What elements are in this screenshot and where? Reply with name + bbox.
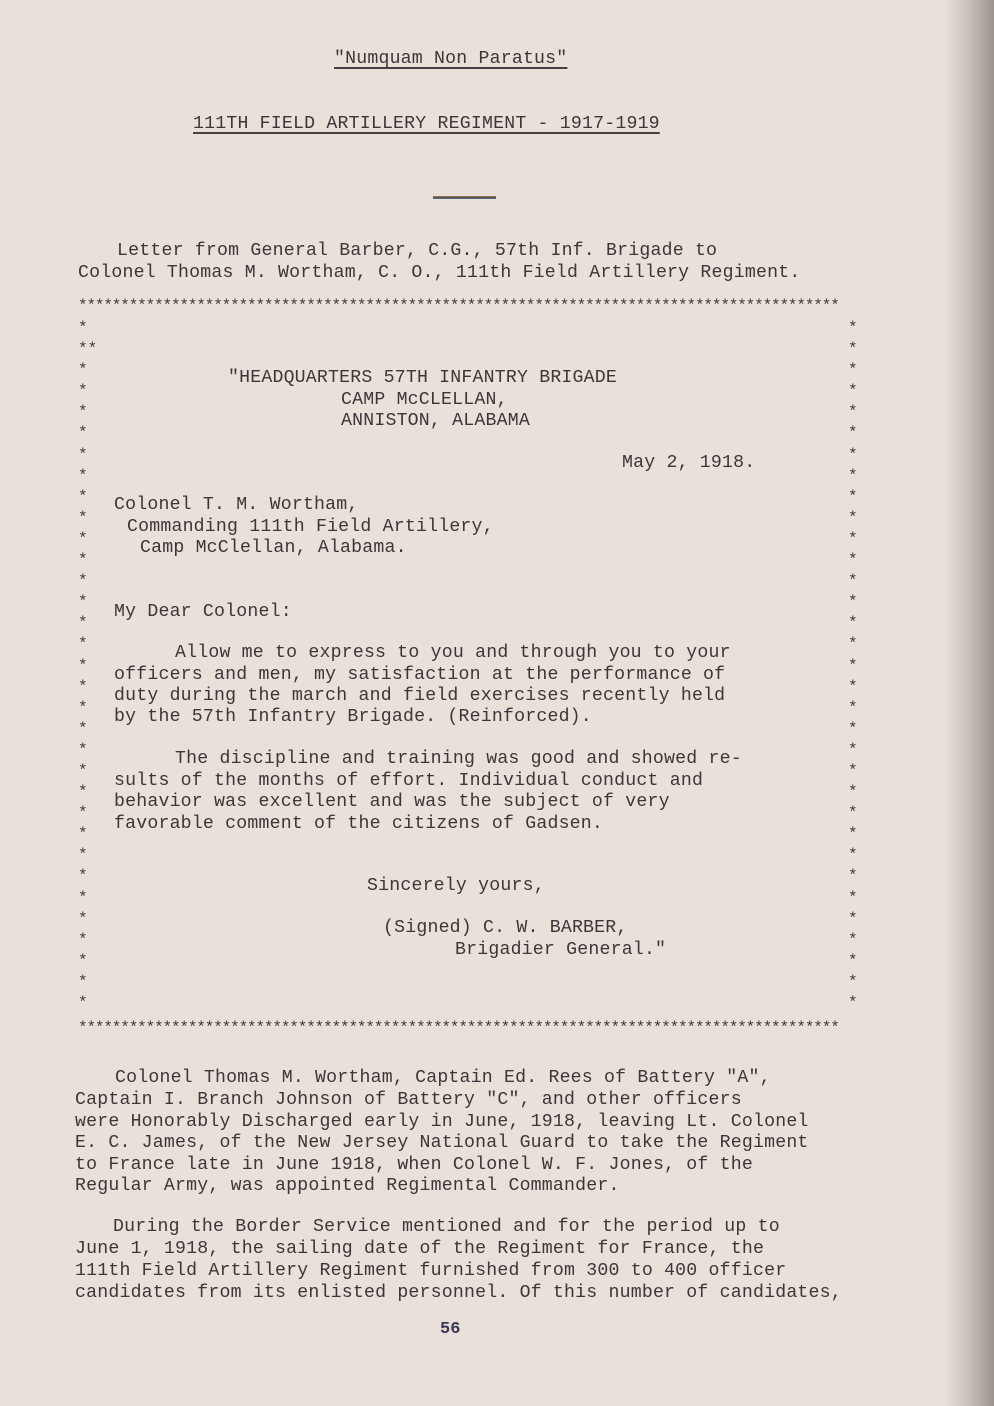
letter-p2-line-1: The discipline and training was good and… — [175, 748, 742, 770]
page-title: 111TH FIELD ARTILLERY REGIMENT - 1917-19… — [193, 113, 660, 135]
letterhead-line-3: ANNISTON, ALABAMA — [341, 410, 530, 432]
body-p1-line-5: to France late in June 1918, when Colone… — [75, 1154, 753, 1176]
intro-line-1: Letter from General Barber, C.G., 57th I… — [117, 240, 717, 262]
body-p2-line-3: 111th Field Artillery Regiment furnished… — [75, 1260, 786, 1282]
body-p1-line-2: Captain I. Branch Johnson of Battery "C"… — [75, 1089, 742, 1111]
border-right: * * * * * * * * * * * * * * * * * * * * … — [848, 318, 858, 1014]
body-p2-line-1: During the Border Service mentioned and … — [113, 1216, 780, 1238]
border-bottom: ****************************************… — [78, 1020, 862, 1036]
signature: (Signed) C. W. BARBER, — [383, 917, 628, 939]
letter-p1-line-1: Allow me to express to you and through y… — [175, 642, 731, 664]
body-p1-line-4: E. C. James, of the New Jersey National … — [75, 1132, 809, 1154]
letter-p2-line-3: behavior was excellent and was the subje… — [114, 791, 670, 813]
salutation: My Dear Colonel: — [114, 601, 292, 623]
letter-p1-line-2: officers and men, my satisfaction at the… — [114, 664, 725, 686]
letter-p2-line-2: sults of the months of effort. Individua… — [114, 770, 703, 792]
intro-line-2: Colonel Thomas M. Wortham, C. O., 111th … — [78, 262, 800, 284]
border-top: ****************************************… — [78, 298, 862, 314]
recipient-line-2: Commanding 111th Field Artillery, — [127, 516, 494, 538]
body-p2-line-4: candidates from its enlisted personnel. … — [75, 1282, 842, 1304]
body-p1-line-1: Colonel Thomas M. Wortham, Captain Ed. R… — [115, 1067, 771, 1089]
letter-p1-line-4: by the 57th Infantry Brigade. (Reinforce… — [114, 706, 592, 728]
body-p1-line-6: Regular Army, was appointed Regimental C… — [75, 1175, 620, 1197]
border-left: * ** * * * * * * * * * * * * * * * * * *… — [78, 318, 97, 1014]
letter-date: May 2, 1918. — [622, 452, 755, 474]
recipient-line-1: Colonel T. M. Wortham, — [114, 494, 359, 516]
closing: Sincerely yours, — [367, 875, 545, 897]
recipient-line-3: Camp McClellan, Alabama. — [140, 537, 407, 559]
page-edge-shadow — [944, 0, 994, 1406]
divider-rule — [433, 196, 496, 199]
motto: "Numquam Non Paratus" — [334, 48, 567, 70]
body-p2-line-2: June 1, 1918, the sailing date of the Re… — [75, 1238, 764, 1260]
body-p1-line-3: were Honorably Discharged early in June,… — [75, 1111, 809, 1133]
page-number: 56 — [440, 1320, 460, 1339]
signature-title: Brigadier General." — [455, 939, 666, 961]
letterhead-line-2: CAMP McCLELLAN, — [341, 389, 508, 411]
letter-p1-line-3: duty during the march and field exercise… — [114, 685, 725, 707]
letter-p2-line-4: favorable comment of the citizens of Gad… — [114, 813, 603, 835]
letterhead-line-1: "HEADQUARTERS 57TH INFANTRY BRIGADE — [228, 367, 617, 389]
